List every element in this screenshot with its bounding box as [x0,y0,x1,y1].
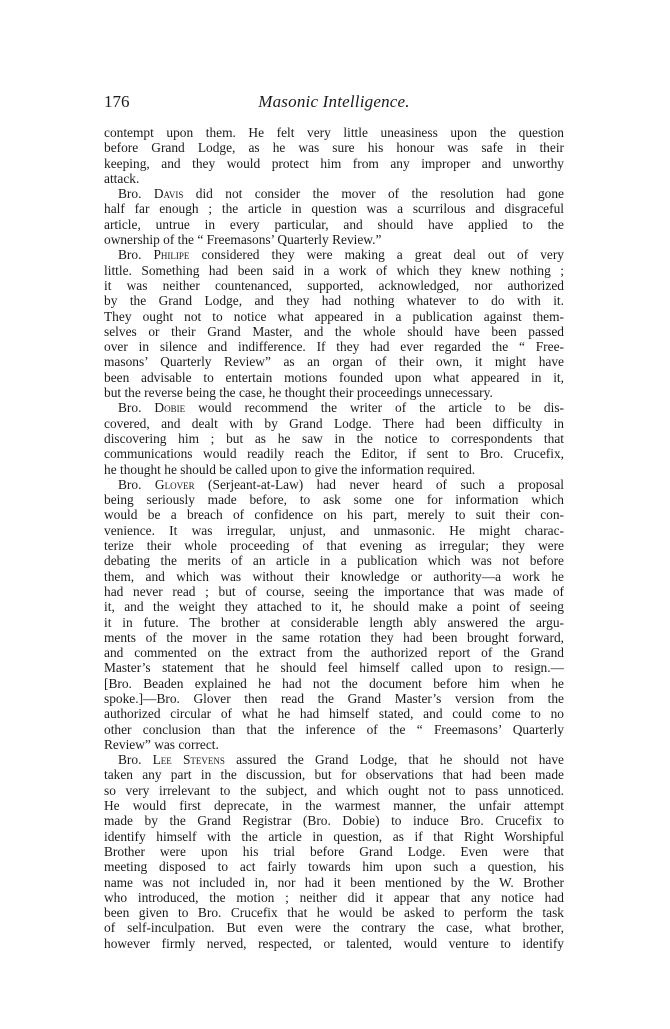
text-line: Bro. Philipe considered they were making… [104,247,564,262]
text-line: covered, and dealt with by Grand Lodge. … [104,416,564,431]
text-line: keeping, and they would protect him from… [104,156,564,171]
text-line: he thought he should be called upon to g… [104,462,564,477]
text-line: by the Grand Lodge, and they had nothing… [104,293,564,308]
text-line: however firmly nerved, respected, or tal… [104,936,564,951]
text-line: Bro. Glover (Serjeant-at-Law) had never … [104,477,564,492]
text-line: it, and the weight they attached to it, … [104,599,564,614]
text-line: other conclusion than that the inference… [104,722,564,737]
text-line: made by the Grand Registrar (Bro. Dobie)… [104,813,564,828]
document-page: 176 Masonic Intelligence. contempt upon … [104,92,564,951]
line-text: assured the Grand Lodge, that he should … [225,752,564,767]
text-line: been given to Bro. Crucefix that he woul… [104,905,564,920]
text-line: identify himself with the article in que… [104,829,564,844]
speaker-prefix: Bro. [118,477,155,492]
text-line: before Grand Lodge, as he was sure his h… [104,140,564,155]
text-line: debating the merits of an article in a p… [104,553,564,568]
line-text: (Serjeant-at-Law) had never heard of suc… [195,477,564,492]
text-line: being seriously made before, to ask some… [104,492,564,507]
text-line: venience. It was irregular, unjust, and … [104,523,564,538]
text-line: taken any part in the discussion, but fo… [104,767,564,782]
text-line: Master’s statement that he should feel h… [104,660,564,675]
text-line: Review” was correct. [104,737,564,752]
speaker-name: Dobie [154,400,185,415]
text-line: Bro. Davis did not consider the mover of… [104,186,564,201]
speaker-prefix: Bro. [118,752,153,767]
text-line: contempt upon them. He felt very little … [104,125,564,140]
text-line: and commented on the extract from the au… [104,645,564,660]
text-line: terize their whole proceeding of that ev… [104,538,564,553]
text-line: article, untrue in every particular, and… [104,217,564,232]
running-head: 176 Masonic Intelligence. [104,92,564,118]
text-line: Brother were upon his trial before Grand… [104,844,564,859]
text-line: [Bro. Beaden explained he had not the do… [104,676,564,691]
speaker-name: Glover [155,477,195,492]
speaker-prefix: Bro. [118,186,154,201]
text-line: been advisable to entertain motions foun… [104,370,564,385]
speaker-prefix: Bro. [118,247,153,262]
text-line: Bro. Dobie would recommend the writer of… [104,400,564,415]
line-text: would recommend the writer of the articl… [185,400,564,415]
text-line: half far enough ; the article in questio… [104,201,564,216]
speaker-name: Philipe [153,247,189,262]
line-text: considered they were making a great deal… [189,247,564,262]
text-line: masons’ Quarterly Review” as an organ of… [104,354,564,369]
text-line: spoke.]—Bro. Glover then read the Grand … [104,691,564,706]
text-line: attack. [104,171,564,186]
text-line: it in future. The brother at considerabl… [104,615,564,630]
text-line: it was neither countenanced, supported, … [104,278,564,293]
text-line: them, and which was without their knowle… [104,569,564,584]
text-line: had never read ; but of course, seeing t… [104,584,564,599]
text-line: meeting disposed to act fairly towards h… [104,859,564,874]
text-line: discovering him ; but as he saw in the n… [104,431,564,446]
text-line: They ought not to notice what appeared i… [104,309,564,324]
speaker-name: Davis [154,186,184,201]
text-line: He would first deprecate, in the warmest… [104,798,564,813]
text-line: over in silence and indifference. If the… [104,339,564,354]
body-text: contempt upon them. He felt very little … [104,125,564,951]
text-line: would be a breach of confidence on his p… [104,507,564,522]
speaker-prefix: Bro. [118,400,154,415]
text-line: of self-inculpation. But even were the c… [104,920,564,935]
text-line: ownership of the “ Freemasons’ Quarterly… [104,232,564,247]
text-line: communications would readily reach the E… [104,446,564,461]
text-line: little. Something had been said in a wor… [104,263,564,278]
text-line: Bro. Lee Stevens assured the Grand Lodge… [104,752,564,767]
text-line: authorized circular of what he had himse… [104,706,564,721]
text-line: name was not included in, nor had it bee… [104,875,564,890]
text-line: ments of the mover in the same rotation … [104,630,564,645]
running-title: Masonic Intelligence. [104,92,564,112]
text-line: but the reverse being the case, he thoug… [104,385,564,400]
text-line: selves or their Grand Master, and the wh… [104,324,564,339]
line-text: did not consider the mover of the resolu… [183,186,564,201]
speaker-name: Lee Stevens [153,752,225,767]
text-line: so very irrelevant to the subject, and w… [104,783,564,798]
text-line: who introduced, the motion ; neither did… [104,890,564,905]
